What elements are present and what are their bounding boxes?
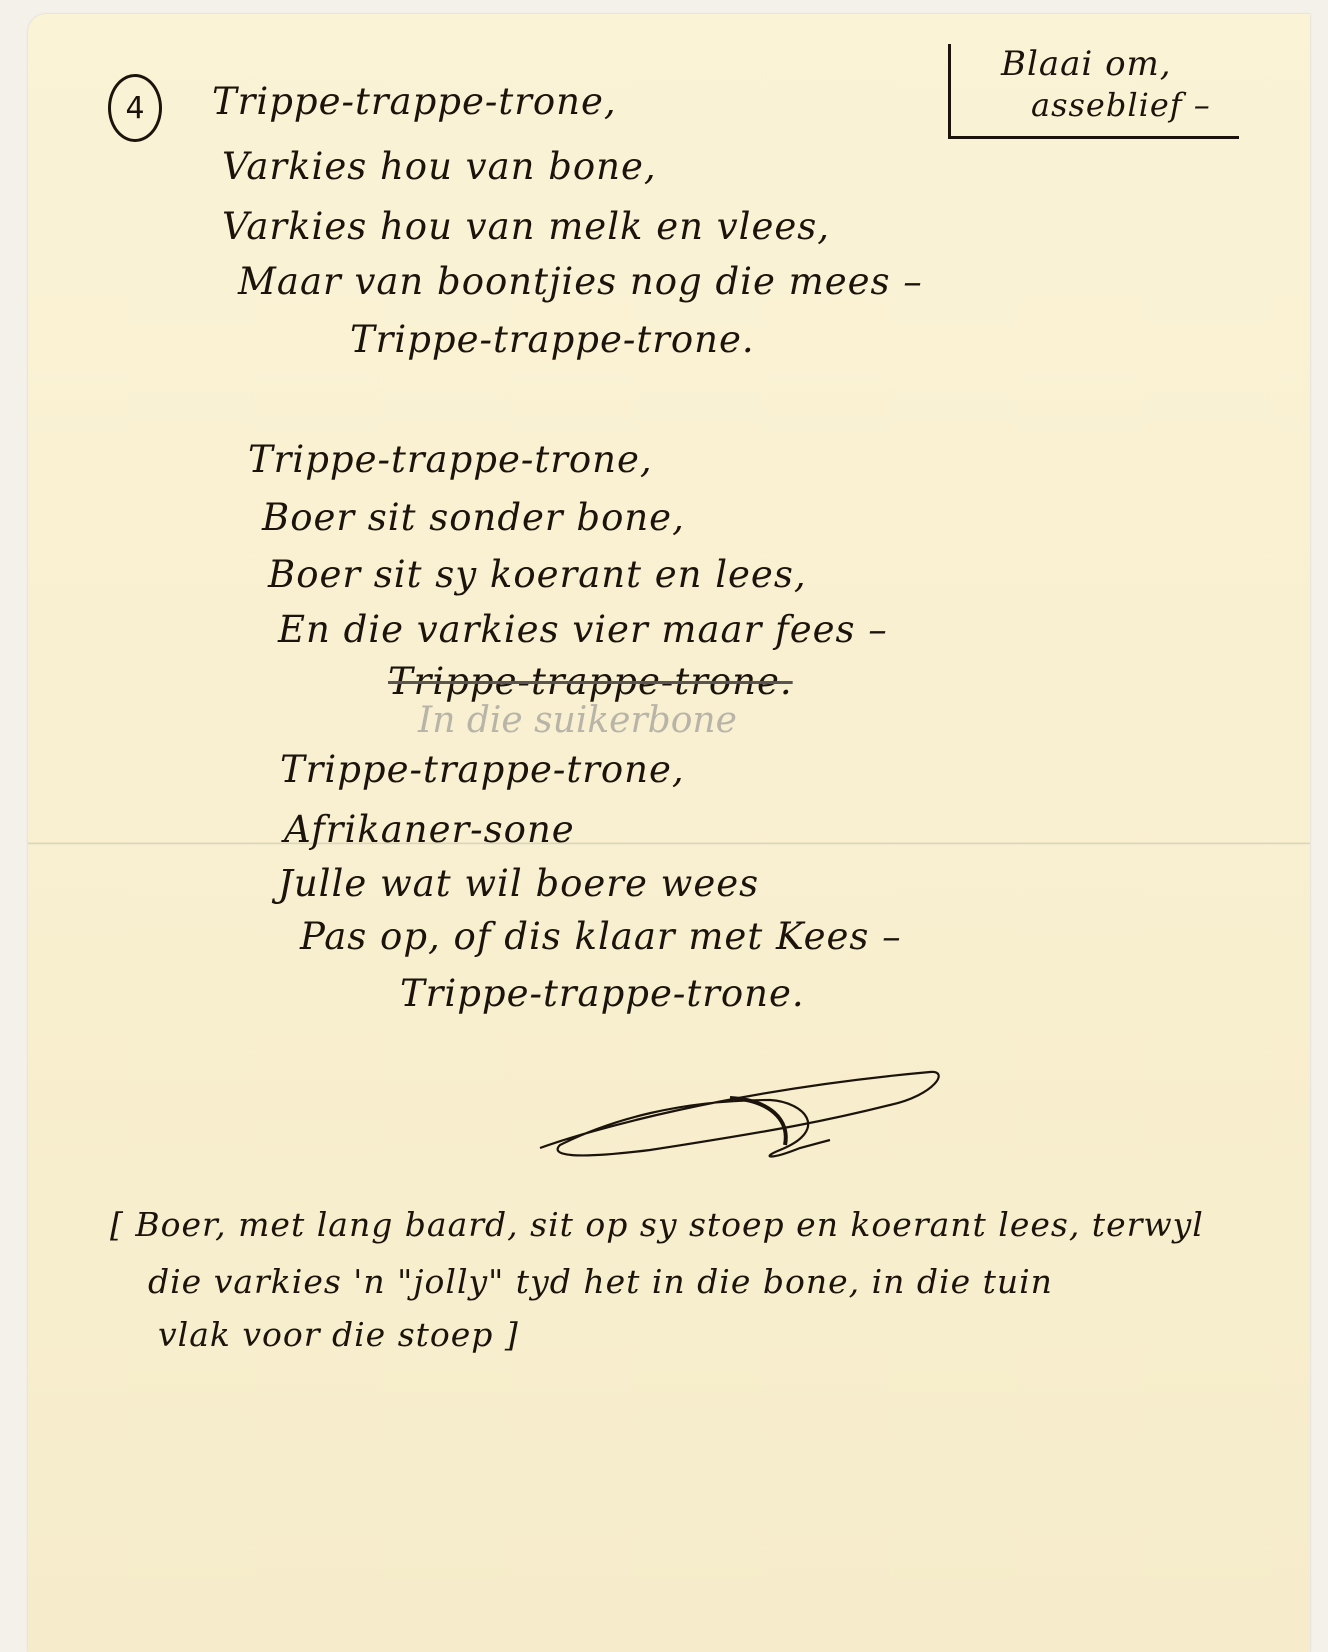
poem-line: Boer sit sonder bone, bbox=[262, 496, 685, 539]
page-number: 4 bbox=[125, 91, 144, 126]
page-number-circle: 4 bbox=[108, 74, 162, 142]
poem-line: Trippe-trappe-trone. bbox=[400, 972, 805, 1015]
footnote-line-3: vlak voor die stoep ] bbox=[158, 1315, 519, 1354]
corner-note-line-1: Blaai om, bbox=[1001, 44, 1172, 84]
paper-fold-crease bbox=[28, 842, 1310, 845]
corner-note-line-2: asseblief – bbox=[1031, 86, 1211, 124]
signature-flourish-icon bbox=[530, 1060, 950, 1160]
poem-line: Boer sit sy koerant en lees, bbox=[268, 553, 807, 596]
pencil-correction: In die suikerbone bbox=[418, 700, 737, 741]
poem-line: Trippe-trappe-trone, bbox=[248, 438, 653, 481]
footnote-line-1: [ Boer, met lang baard, sit op sy stoep … bbox=[110, 1205, 1204, 1244]
corner-note-box: Blaai om, asseblief – bbox=[948, 44, 1239, 139]
poem-line: Pas op, of dis klaar met Kees – bbox=[300, 915, 902, 958]
poem-line: Trippe-trappe-trone, bbox=[280, 748, 685, 791]
poem-line: Afrikaner-sone bbox=[284, 808, 575, 851]
poem-line: Varkies hou van melk en vlees, bbox=[222, 205, 830, 248]
poem-line-struck-through: Trippe-trappe-trone. bbox=[388, 660, 793, 703]
poem-line: Trippe-trappe-trone. bbox=[350, 318, 755, 361]
poem-line: En die varkies vier maar fees – bbox=[278, 608, 888, 651]
poem-line: Julle wat wil boere wees bbox=[278, 862, 759, 905]
poem-line: Trippe-trappe-trone, bbox=[212, 80, 617, 123]
poem-line: Maar van boontjies nog die mees – bbox=[238, 260, 923, 303]
footnote-line-2: die varkies 'n "jolly" tyd het in die bo… bbox=[148, 1262, 1053, 1301]
poem-line: Varkies hou van bone, bbox=[222, 145, 657, 188]
